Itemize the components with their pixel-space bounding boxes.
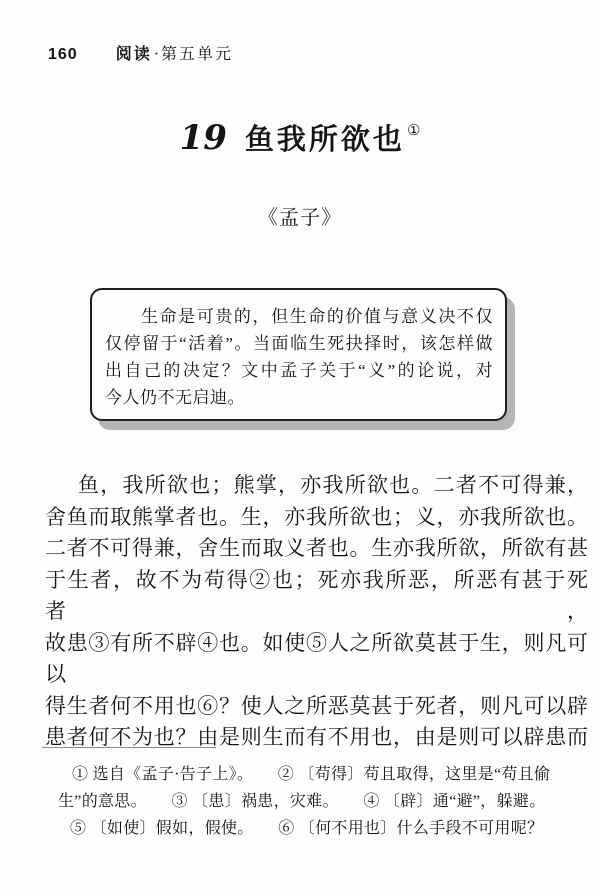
intro-line: 仅停留于“活着”。当面临生死抉择时，该怎样做 bbox=[105, 330, 493, 357]
page-number: 160 bbox=[48, 46, 78, 63]
intro-line: 今人仍不无启迪。 bbox=[105, 384, 493, 411]
intro-line: 出自己的决定？文中孟子关于“义”的论说，对 bbox=[105, 357, 493, 384]
lesson-name: 鱼我所欲也 bbox=[245, 124, 405, 156]
footnote-line: ① 选自《孟子·告子上》。 ② 〔苟得〕苟且取得，这里是“苟且偷 bbox=[58, 761, 560, 788]
footnotes: ① 选自《孟子·告子上》。 ② 〔苟得〕苟且取得，这里是“苟且偷 生”的意思。 … bbox=[58, 761, 560, 842]
unit-label: 第五单元 bbox=[161, 46, 233, 63]
intro-line: 生命是可贵的，但生命的价值与意义决不仅 bbox=[105, 303, 493, 330]
footnote-divider bbox=[42, 747, 216, 748]
text-line: 得生者何不用也⑥？使人之所恶莫甚于死者，则凡可以辟 bbox=[45, 691, 588, 723]
lesson-number: 19 bbox=[180, 118, 227, 158]
footnote-line: 生”的意思。 ③ 〔患〕祸患，灾难。 ④ 〔辟〕通“避”，躲避。 bbox=[58, 788, 560, 815]
main-text: 鱼，我所欲也；熊掌，亦我所欲也。二者不可得兼， 舍鱼而取熊掌者也。生，亦我所欲也… bbox=[45, 470, 588, 754]
text-line: 二者不可得兼，舍生而取义者也。生亦我所欲，所欲有甚 bbox=[45, 533, 588, 565]
title-footnote-ref: ① bbox=[407, 123, 420, 139]
intro-box: 生命是可贵的，但生命的价值与意义决不仅 仅停留于“活着”。当面临生死抉择时，该怎… bbox=[90, 288, 507, 421]
text-line: 舍鱼而取熊掌者也。生，亦我所欲也；义，亦我所欲也。 bbox=[45, 502, 588, 534]
section-separator: · bbox=[154, 46, 159, 63]
author-name: 《孟子》 bbox=[0, 201, 600, 230]
footnote-line: ⑤ 〔如使〕假如，假使。 ⑥ 〔何不用也〕什么手段不可用呢？ bbox=[58, 815, 560, 842]
text-line: 患者何不为也？由是则生而有不用也，由是则可以辟患而 bbox=[45, 722, 588, 754]
intro-text: 生命是可贵的，但生命的价值与意义决不仅 仅停留于“活着”。当面临生死抉择时，该怎… bbox=[92, 290, 505, 411]
section-label: 阅读 bbox=[116, 46, 152, 63]
text-line: 故患③有所不辟④也。如使⑤人之所欲莫甚于生，则凡可以 bbox=[45, 628, 588, 691]
text-line: 于生者，故不为苟得②也；死亦我所恶，所恶有甚于死者， bbox=[45, 565, 588, 628]
running-head: 160阅读·第五单元 bbox=[48, 46, 548, 64]
textbook-page: 160阅读·第五单元 19鱼我所欲也① 《孟子》 生命是可贵的，但生命的价值与意… bbox=[0, 0, 600, 896]
lesson-title: 19鱼我所欲也① bbox=[0, 117, 600, 158]
text-line: 鱼，我所欲也；熊掌，亦我所欲也。二者不可得兼， bbox=[45, 470, 588, 502]
